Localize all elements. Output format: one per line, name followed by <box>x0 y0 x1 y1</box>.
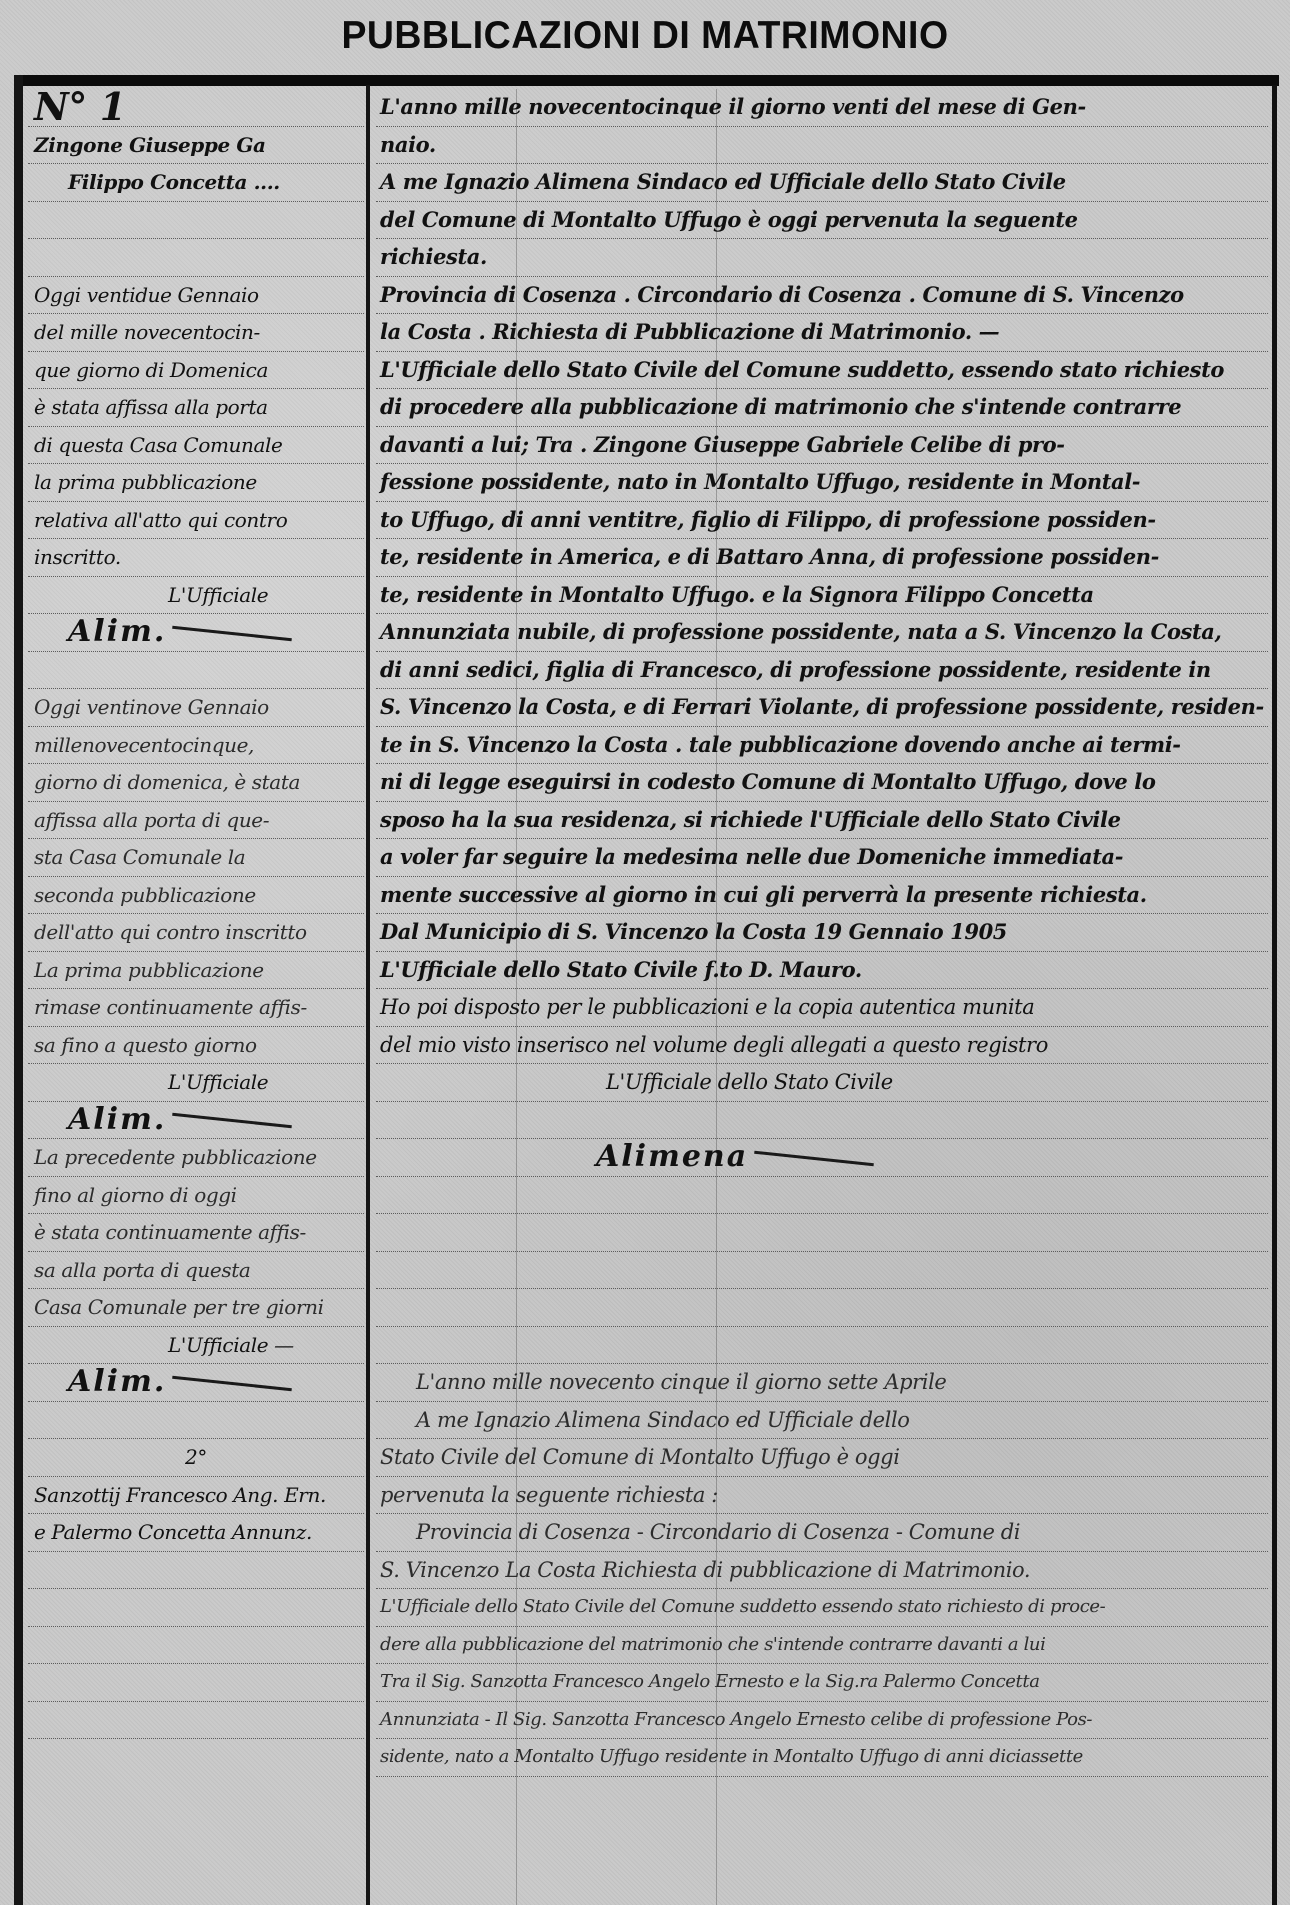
margin-note-line: relativa all'atto qui contro <box>28 502 364 540</box>
entry-names-line: Zingone Giuseppe Ga <box>28 127 364 165</box>
margin-note-line: seconda pubblicazione <box>28 877 364 915</box>
record-line: te in S. Vincenzo la Costa . tale pubbli… <box>376 727 1268 765</box>
record-line: richiesta. <box>376 239 1268 277</box>
blank-line: . <box>376 1214 1268 1252</box>
column-divider <box>366 85 370 1905</box>
blank-line: . <box>28 239 364 277</box>
record-line: Annunziata nubile, di professione possid… <box>376 614 1268 652</box>
margin-note-line: dell'atto qui contro inscritto <box>28 914 364 952</box>
record-line: del mio visto inserisco nel volume degli… <box>376 1027 1268 1065</box>
blank-line: . <box>28 1552 364 1590</box>
entry-names-line: Sanzottij Francesco Ang. Ern. <box>28 1477 364 1515</box>
page-title: PUBBLICAZIONI DI MATRIMONIO <box>26 14 1264 58</box>
margin-note-line: di questa Casa Comunale <box>28 427 364 465</box>
blank-line: . <box>28 1664 364 1702</box>
margin-note-signer: L'Ufficiale <box>28 1064 364 1102</box>
record-line: S. Vincenzo la Costa, e di Ferrari Viola… <box>376 689 1268 727</box>
blank-line: . <box>376 1252 1268 1290</box>
record-line: dere alla pubblicazione del matrimonio c… <box>376 1627 1268 1665</box>
record-line: te, residente in America, e di Battaro A… <box>376 539 1268 577</box>
record-line: la Costa . Richiesta di Pubblicazione di… <box>376 314 1268 352</box>
margin-note-signer: L'Ufficiale <box>28 577 364 615</box>
margin-note-line: affissa alla porta di que- <box>28 802 364 840</box>
margin-note-line: que giorno di Domenica <box>28 352 364 390</box>
record-line: L'Ufficiale dello Stato Civile del Comun… <box>376 1589 1268 1627</box>
record-line: di anni sedici, figlia di Francesco, di … <box>376 652 1268 690</box>
record-line: Provincia di Cosenza . Circondario di Co… <box>376 277 1268 315</box>
frame-top-rule <box>14 75 1279 86</box>
margin-note-signature: Alim. <box>68 1102 292 1137</box>
record-line: Dal Municipio di S. Vincenzo la Costa 19… <box>376 914 1268 952</box>
margin-note-line: inscritto. <box>28 539 364 577</box>
entry-number: N° 1 <box>28 89 364 127</box>
record-line: L'anno mille novecento cinque il giorno … <box>376 1364 1268 1402</box>
margin-note-line: La prima pubblicazione <box>28 952 364 990</box>
margin-note-line: rimase continuamente affis- <box>28 989 364 1027</box>
register-frame: N° 1 Zingone Giuseppe Ga Filippo Concett… <box>14 75 1279 1905</box>
blank-line: . <box>28 202 364 240</box>
record-line: a voler far seguire la medesima nelle du… <box>376 839 1268 877</box>
record-line: di procedere alla pubblicazione di matri… <box>376 389 1268 427</box>
record-line: Tra il Sig. Sanzotta Francesco Angelo Er… <box>376 1664 1268 1702</box>
margin-note-line: è stata continuamente affis- <box>28 1214 364 1252</box>
margin-note-line: millenovecentocinque, <box>28 727 364 765</box>
record-line: Provincia di Cosenza - Circondario di Co… <box>376 1514 1268 1552</box>
record-line: fessione possidente, nato in Montalto Uf… <box>376 464 1268 502</box>
blank-line: . <box>28 1627 364 1665</box>
record-line: S. Vincenzo La Costa Richiesta di pubbli… <box>376 1552 1268 1590</box>
record-line: Ho poi disposto per le pubblicazioni e l… <box>376 989 1268 1027</box>
record-line: Annunziata - Il Sig. Sanzotta Francesco … <box>376 1702 1268 1740</box>
blank-line: . <box>376 1327 1268 1365</box>
margin-note-line: Oggi ventidue Gennaio <box>28 277 364 315</box>
blank-line: . <box>376 1177 1268 1215</box>
margin-column: N° 1 Zingone Giuseppe Ga Filippo Concett… <box>28 89 364 1905</box>
record-signature: Alimena <box>596 1139 874 1174</box>
blank-line: . <box>28 652 364 690</box>
margin-note-line: è stata affissa alla porta <box>28 389 364 427</box>
blank-line: . <box>376 1102 1268 1140</box>
entry-number: 2° <box>28 1439 364 1477</box>
record-line: A me Ignazio Alimena Sindaco ed Ufficial… <box>376 164 1268 202</box>
frame-left-rule <box>14 75 23 1905</box>
main-column: L'anno mille novecentocinque il giorno v… <box>376 89 1268 1905</box>
margin-note-line: sta Casa Comunale la <box>28 839 364 877</box>
record-signer: L'Ufficiale dello Stato Civile <box>376 1064 1268 1102</box>
margin-note-line: Oggi ventinove Gennaio <box>28 689 364 727</box>
margin-note-signature: Alim. <box>68 614 292 649</box>
margin-note-line: sa fino a questo giorno <box>28 1027 364 1065</box>
record-line: A me Ignazio Alimena Sindaco ed Ufficial… <box>376 1402 1268 1440</box>
record-line: te, residente in Montalto Uffugo. e la S… <box>376 577 1268 615</box>
entry-names-line: Filippo Concetta .... <box>28 164 364 202</box>
entry-names-line: e Palermo Concetta Annunz. <box>28 1514 364 1552</box>
record-line: sposo ha la sua residenza, si richiede l… <box>376 802 1268 840</box>
margin-note-line: fino al giorno di oggi <box>28 1177 364 1215</box>
frame-right-rule <box>1272 85 1277 1905</box>
margin-note-line: giorno di domenica, è stata <box>28 764 364 802</box>
record-line: sidente, nato a Montalto Uffugo resident… <box>376 1739 1268 1777</box>
blank-line: . <box>28 1402 364 1440</box>
record-line: ni di legge eseguirsi in codesto Comune … <box>376 764 1268 802</box>
record-line: Stato Civile del Comune di Montalto Uffu… <box>376 1439 1268 1477</box>
record-line: L'anno mille novecentocinque il giorno v… <box>376 89 1268 127</box>
record-line: L'Ufficiale dello Stato Civile del Comun… <box>376 352 1268 390</box>
margin-note-line: Casa Comunale per tre giorni <box>28 1289 364 1327</box>
margin-note-signature: Alim. <box>68 1364 292 1399</box>
record-line: to Uffugo, di anni ventitre, figlio di F… <box>376 502 1268 540</box>
record-line: davanti a lui; Tra . Zingone Giuseppe Ga… <box>376 427 1268 465</box>
blank-line: . <box>376 1289 1268 1327</box>
record-line: naio. <box>376 127 1268 165</box>
blank-line: . <box>28 1589 364 1627</box>
record-line: del Comune di Montalto Uffugo è oggi per… <box>376 202 1268 240</box>
margin-note-line: del mille novecentocin- <box>28 314 364 352</box>
margin-note-line: La precedente pubblicazione <box>28 1139 364 1177</box>
record-line: pervenuta la seguente richiesta : <box>376 1477 1268 1515</box>
record-line: L'Ufficiale dello Stato Civile f.to D. M… <box>376 952 1268 990</box>
record-line: mente successive al giorno in cui gli pe… <box>376 877 1268 915</box>
margin-note-line: la prima pubblicazione <box>28 464 364 502</box>
margin-note-line: sa alla porta di questa <box>28 1252 364 1290</box>
margin-note-signer: L'Ufficiale — <box>28 1327 364 1365</box>
blank-line: . <box>28 1702 364 1740</box>
